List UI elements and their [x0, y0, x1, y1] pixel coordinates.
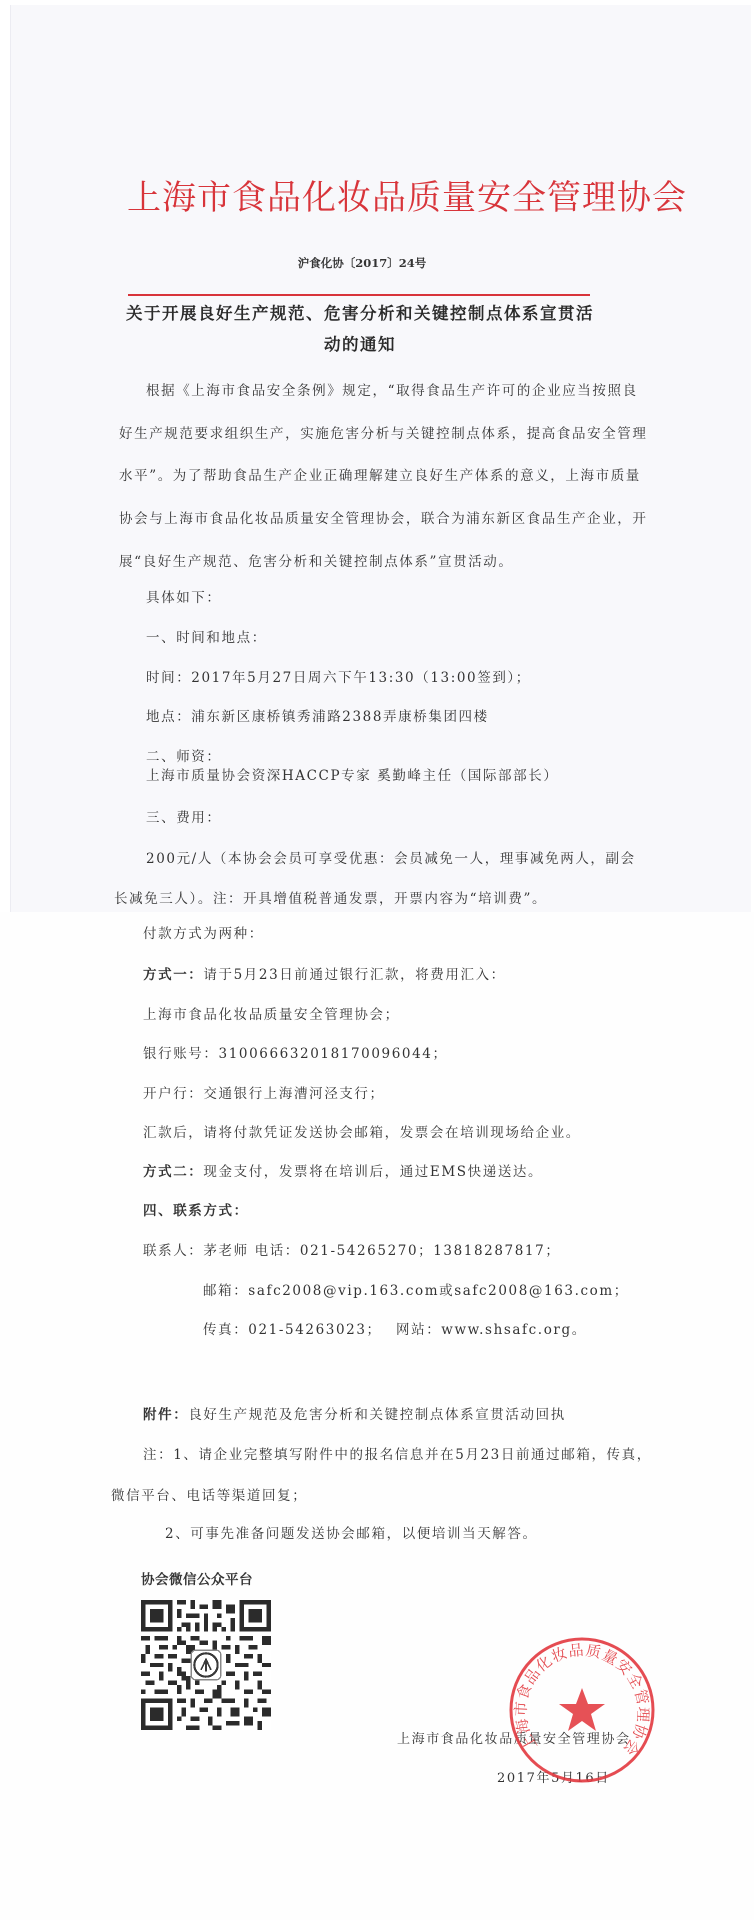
method-1-label: 方式一： — [143, 967, 203, 983]
payment-method-1: 方式一：请于5月23日前通过银行汇款，将费用汇入： — [143, 963, 506, 983]
star-icon — [559, 1688, 605, 1731]
contact-email: 邮箱：safc2008@vip.163.com或safc2008@163.com… — [203, 1279, 629, 1299]
event-time: 时间：2017年5月27日周六下午13:30（13:00签到）； — [146, 666, 531, 686]
method-2-text: 现金支付，发票将在培训后，通过EMS快递送达。 — [203, 1164, 543, 1180]
intro-line: 展“良好生产规范、危害分析和关键控制点体系”宣贯活动。 — [119, 550, 514, 570]
method-2-label: 方式二： — [143, 1164, 203, 1180]
contact-fax: 传真：021-54263023； — [203, 1318, 382, 1338]
lecturer: 上海市质量协会资深HACCP专家 奚勤峰主任（国际部部长） — [146, 764, 558, 784]
org-title: 上海市食品化妆品质量安全管理协会 — [127, 170, 627, 219]
intro-line: 根据《上海市食品安全条例》规定，“取得食品生产许可的企业应当按照良 — [146, 379, 638, 399]
contact-website: 网站：www.shsafc.org。 — [396, 1318, 587, 1338]
note-1-line-2: 微信平台、电话等渠道回复； — [111, 1484, 307, 1504]
note-1-line-1: 注：1、请企业完整填写附件中的报名信息并在5月23日前通过邮箱，传真， — [143, 1443, 652, 1463]
payment-method-2: 方式二：现金支付，发票将在培训后，通过EMS快递送达。 — [143, 1160, 543, 1180]
attachment: 附件：良好生产规范及危害分析和关键控制点体系宣贯活动回执 — [143, 1403, 566, 1423]
section-3-heading: 三、费用： — [146, 806, 222, 826]
account-name: 上海市食品化妆品质量安全管理协会； — [143, 1003, 400, 1023]
wechat-label: 协会微信公众平台 — [141, 1568, 253, 1588]
attachment-label: 附件： — [143, 1407, 188, 1423]
intro-line: 协会与上海市食品化妆品质量安全管理协会，联合为浦东新区食品生产企业，开 — [119, 507, 648, 527]
section-4-heading: 四、联系方式： — [143, 1199, 249, 1219]
after-remit-note: 汇款后，请将付款凭证发送协会邮箱，发票会在培训现场给企业。 — [143, 1121, 581, 1141]
intro-line: 好生产规范要求组织生产，实施危害分析与关键控制点体系，提高食品安全管理 — [119, 422, 648, 442]
contact-person: 联系人：茅老师 电话：021-54265270；13818287817； — [143, 1239, 560, 1259]
subject-line-2: 动的通知 — [120, 331, 600, 355]
doc-number: 沪食化协〔2017〕24号 — [127, 255, 597, 271]
intro-line: 水平”。为了帮助食品生产企业正确理解建立良好生产体系的意义，上海市质量 — [119, 464, 641, 484]
note-2: 2、可事先准备问题发送协会邮箱，以便培训当天解答。 — [165, 1522, 538, 1542]
bank-branch: 开户行：交通银行上海漕河泾支行； — [143, 1082, 385, 1102]
section-1-heading: 一、时间和地点： — [146, 626, 267, 646]
red-divider — [128, 294, 590, 296]
section-2-heading: 二、师资： — [146, 745, 222, 765]
wechat-qr-code[interactable] — [141, 1600, 271, 1730]
subject-line-1: 关于开展良好生产规范、危害分析和关键控制点体系宣贯活 — [120, 300, 600, 324]
attachment-text: 良好生产规范及危害分析和关键控制点体系宣贯活动回执 — [188, 1407, 566, 1423]
fee-line-2: 长减免三人）。注：开具增值税普通发票，开票内容为“培训费”。 — [114, 887, 547, 907]
details-heading: 具体如下： — [146, 586, 222, 606]
fee-line-1: 200元/人（本协会会员可享受优惠：会员减免一人，理事减免两人，副会 — [146, 847, 636, 867]
event-place: 地点：浦东新区康桥镇秀浦路2388弄康桥集团四楼 — [146, 705, 489, 725]
official-seal: 上海市食品化妆品质量安全管理协会 — [508, 1636, 656, 1784]
account-number: 银行账号：310066632018170096044； — [143, 1042, 448, 1062]
payment-intro: 付款方式为两种： — [143, 922, 264, 942]
method-1-text: 请于5月23日前通过银行汇款，将费用汇入： — [203, 967, 505, 983]
